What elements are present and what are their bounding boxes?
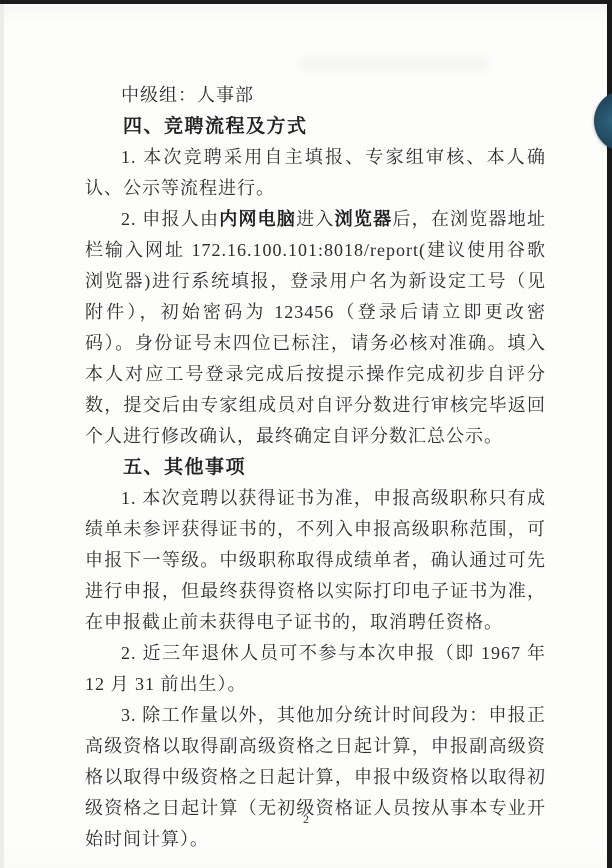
page-top-border: [0, 0, 612, 4]
paragraph-text: 1. 本次竞聘采用自主填报、专家组审核、本人确认、公示等流程进行。: [85, 147, 546, 198]
paragraph-text: 3. 除工作量以外，其他加分统计时间段为：申报正高级资格以取得副高级资格之日起计…: [85, 705, 546, 849]
paragraph: 1. 本次竞聘采用自主填报、专家组审核、本人确认、公示等流程进行。: [85, 142, 546, 204]
section-heading: 五、其他事项: [85, 452, 546, 483]
page-left-edge: [0, 0, 4, 868]
paragraph: 2. 近三年退休人员可不参与本次申报（即 1967 年 12 月 31 前出生）…: [85, 638, 546, 700]
document-content: 中级组：人事部 四、竞聘流程及方式1. 本次竞聘采用自主填报、专家组审核、本人确…: [85, 80, 546, 855]
floating-ball-button[interactable]: [594, 90, 612, 152]
group-line: 中级组：人事部: [85, 80, 546, 111]
scan-artifact: [300, 56, 490, 72]
paragraph: 2. 申报人由内网电脑进入浏览器后，在浏览器地址栏输入网址 172.16.100…: [85, 204, 546, 452]
paragraph-text: 进入: [296, 209, 334, 229]
bold-text: 内网电脑: [219, 209, 296, 229]
paragraph: 3. 除工作量以外，其他加分统计时间段为：申报正高级资格以取得副高级资格之日起计…: [85, 700, 546, 855]
bold-text: 浏览器: [335, 209, 393, 229]
paragraph-text: 1. 本次竞聘以获得证书为准，申报高级职称只有成绩单未参评获得证书的，不列入申报…: [85, 488, 546, 632]
paragraph-text: 2. 申报人由: [121, 209, 219, 229]
paragraph-text: 2. 近三年退休人员可不参与本次申报（即 1967 年 12 月 31 前出生）…: [85, 643, 546, 694]
section-heading: 四、竞聘流程及方式: [85, 111, 546, 142]
paragraph: 1. 本次竞聘以获得证书为准，申报高级职称只有成绩单未参评获得证书的，不列入申报…: [85, 483, 546, 638]
document-page: 中级组：人事部 四、竞聘流程及方式1. 本次竞聘采用自主填报、专家组审核、本人确…: [0, 0, 612, 868]
paragraph-text: 后，在浏览器地址栏输入网址 172.16.100.101:8018/report…: [85, 209, 546, 446]
page-number: 2: [0, 812, 612, 827]
